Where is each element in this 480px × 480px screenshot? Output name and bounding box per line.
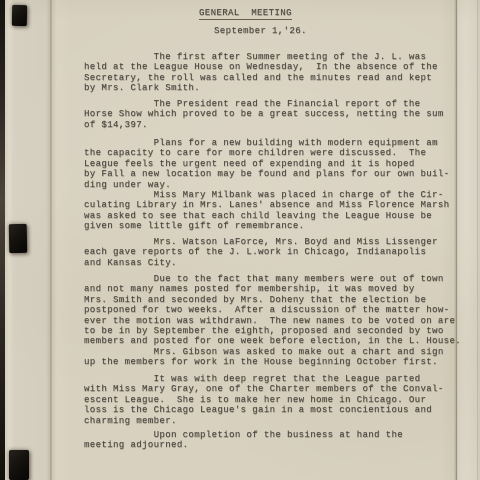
- paragraph-financial-report: The President read the Financial report …: [84, 99, 444, 130]
- paragraph-mary-gray: It was with deep regret that the League …: [84, 374, 444, 426]
- paper-crease-left: [50, 0, 52, 480]
- date-line: September 1,'26.: [214, 26, 307, 36]
- binder-clip-top: [12, 5, 27, 26]
- paper-crease-far-right: [477, 0, 478, 480]
- paper-crease-right: [456, 0, 457, 480]
- scan-edge-strip: [0, 0, 5, 480]
- paragraph-new-building: Plans for a new building with modern equ…: [84, 138, 449, 190]
- paragraph-circulating-library: Miss Mary Milbank was placed in charge o…: [84, 190, 449, 232]
- scanned-document-page: GENERAL MEETING September 1,'26. The fir…: [0, 0, 480, 480]
- paragraph-work-chart: Mrs. Gibson was asked to make out a char…: [84, 347, 444, 368]
- paragraph-city-reports: Mrs. Watson LaForce, Mrs. Boyd and Miss …: [84, 237, 438, 268]
- page-title: GENERAL MEETING: [199, 8, 292, 20]
- paragraph-election: Due to the fact that many members were o…: [84, 274, 461, 347]
- paragraph-opening: The first after Summer meeting of the J.…: [84, 52, 438, 94]
- binder-clip-bottom: [9, 450, 29, 480]
- binder-clip-middle: [9, 224, 28, 253]
- paragraph-adjournment: Upon completion of the business at hand …: [84, 430, 403, 451]
